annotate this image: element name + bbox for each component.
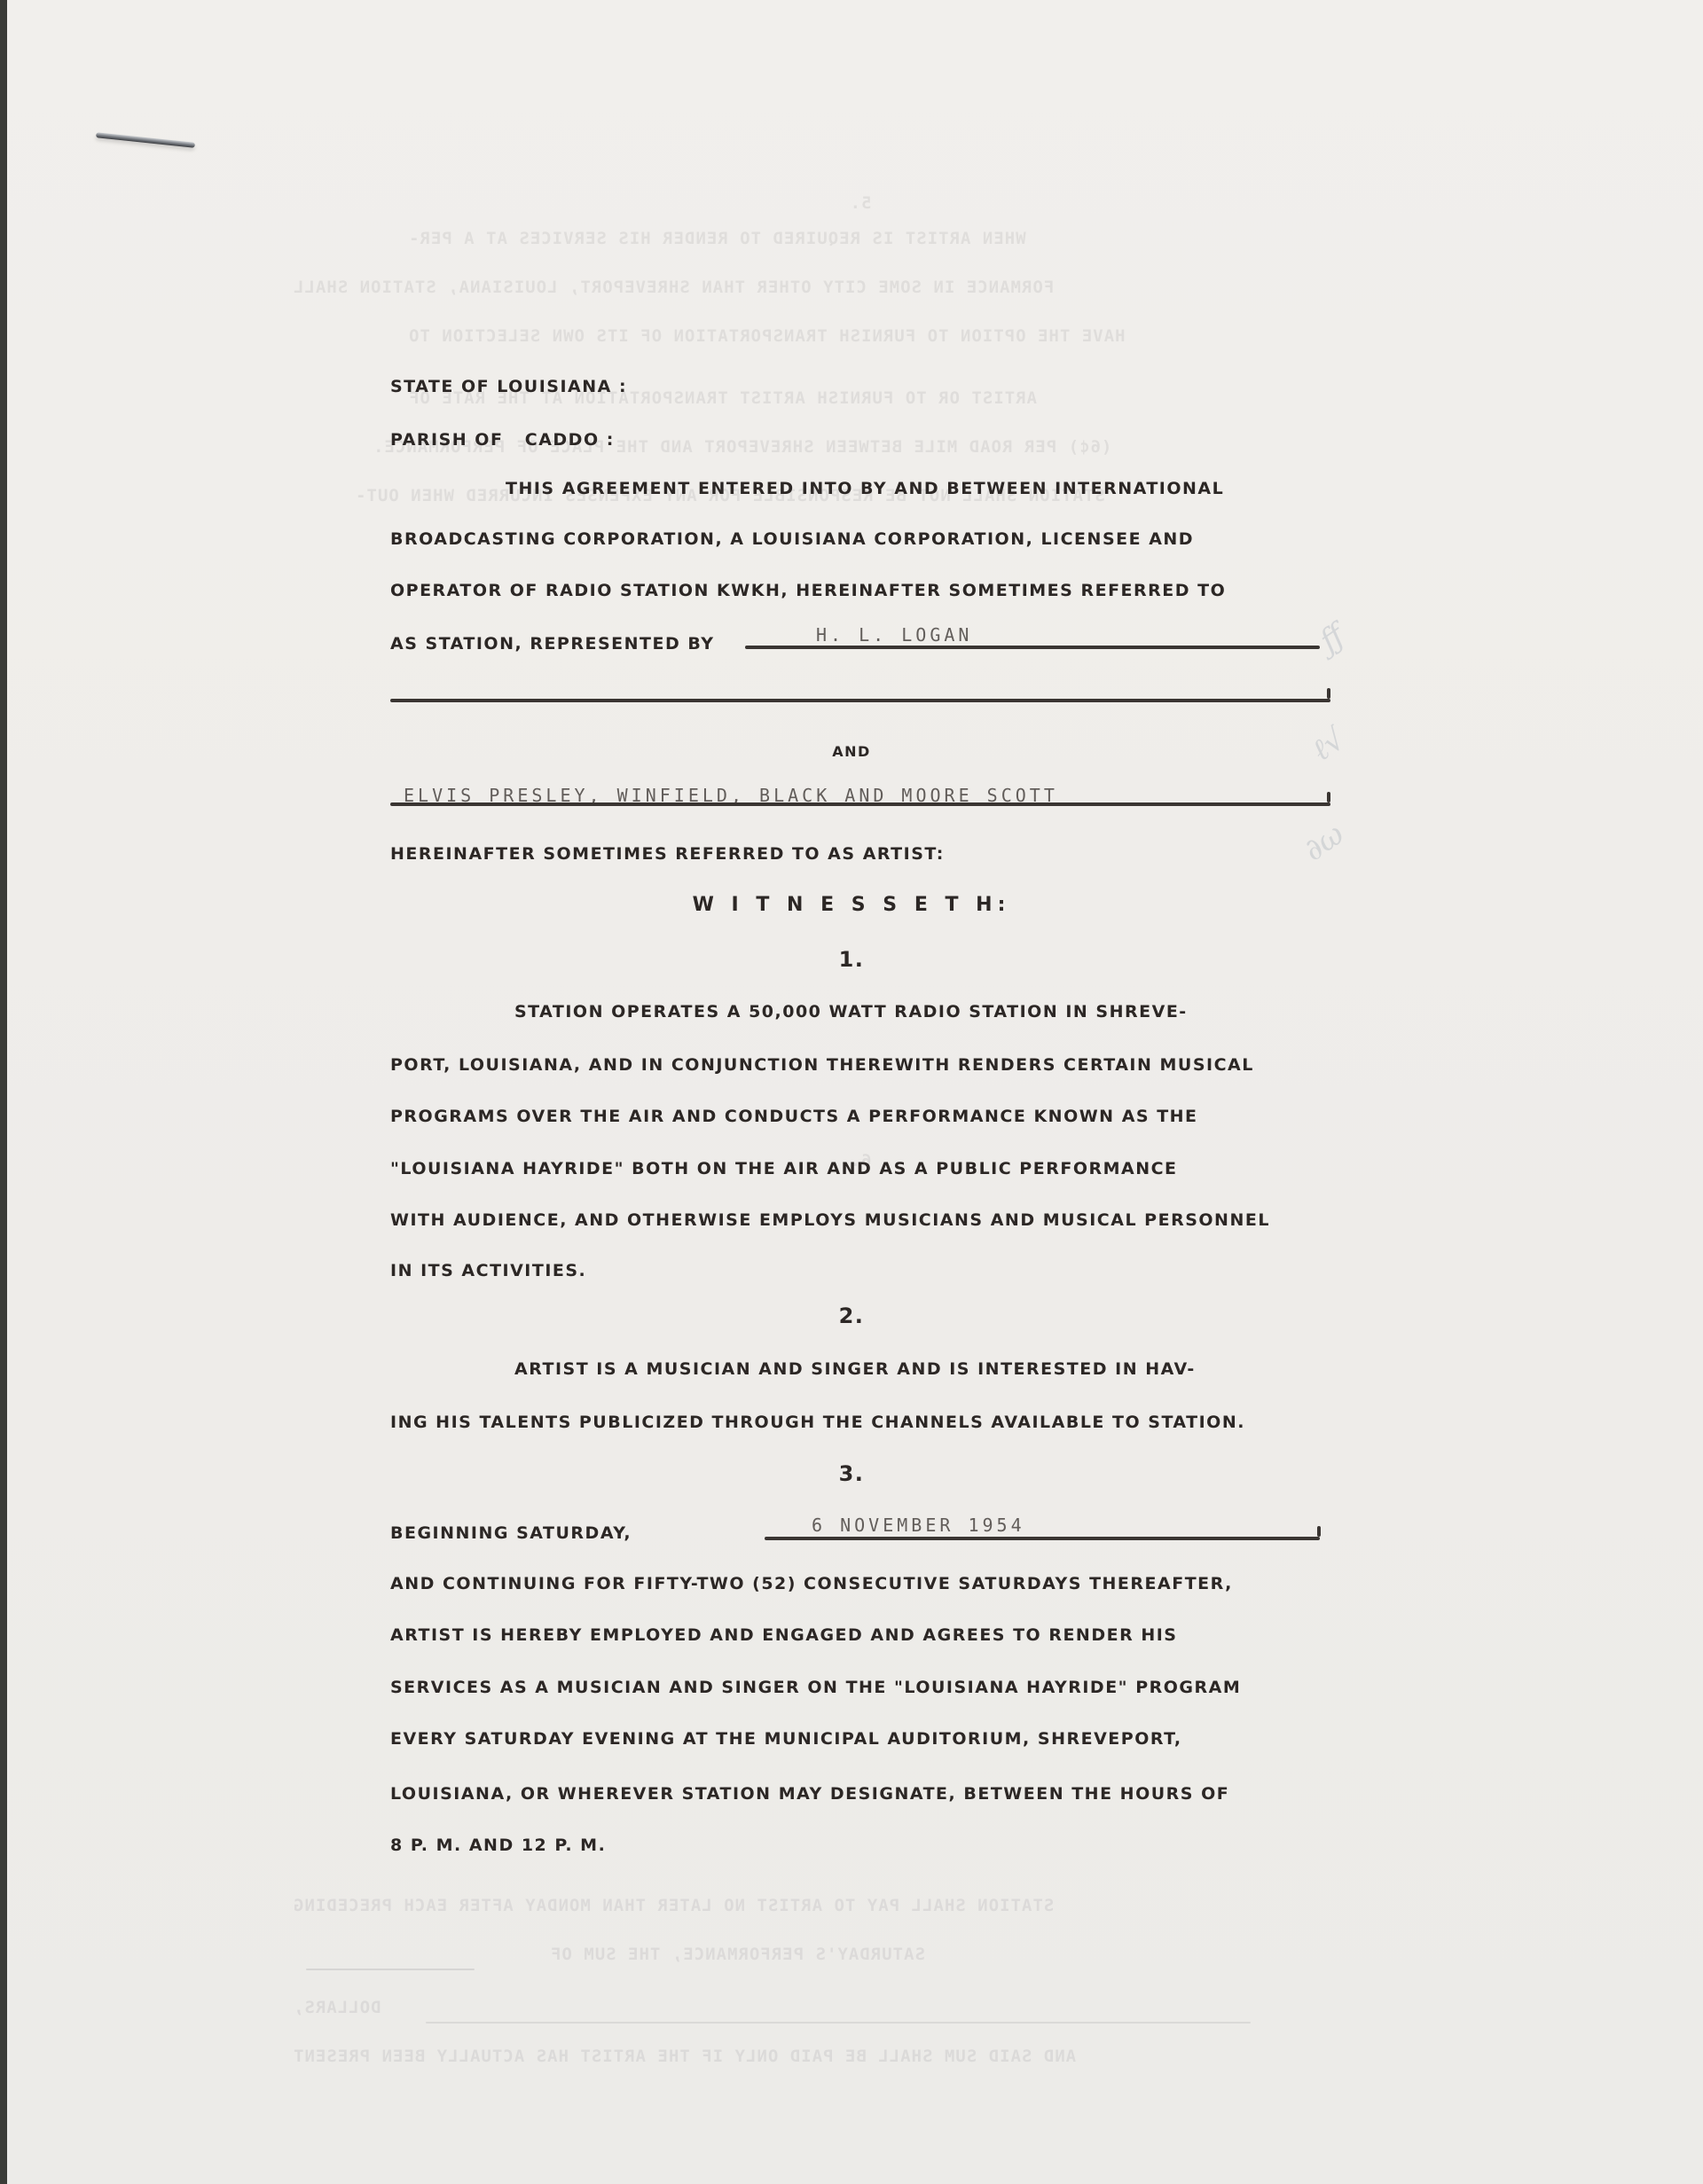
signature-rule	[390, 699, 1330, 702]
bleed-line: DOLLARS,	[293, 1991, 381, 2024]
bleed-line: SATURDAY'S PERFORMANCE, THE SUM OF	[550, 1937, 925, 1971]
bleed-line: HAVE THE OPTION TO FURNISH TRANSPORTATIO…	[408, 319, 1126, 353]
section-2-line: ARTIST IS A MUSICIAN AND SINGER AND IS I…	[514, 1359, 1196, 1379]
scan-edge	[0, 0, 7, 2184]
preamble-line: OPERATOR OF RADIO STATION KWKH, HEREINAF…	[390, 581, 1226, 600]
beginning-saturday-label: BEGINNING SATURDAY,	[390, 1523, 632, 1543]
start-date-value: 6 NOVEMBER 1954	[812, 1515, 1025, 1536]
section-1-line: PORT, LOUISIANA, AND IN CONJUNCTION THER…	[390, 1055, 1254, 1075]
represented-by-value: H. L. LOGAN	[816, 624, 972, 646]
preamble-line: BROADCASTING CORPORATION, A LOUISIANA CO…	[390, 529, 1194, 549]
section-1-line: WITH AUDIENCE, AND OTHERWISE EMPLOYS MUS…	[390, 1210, 1270, 1230]
section-1-line: IN ITS ACTIVITIES.	[390, 1261, 586, 1280]
section-number: 3.	[0, 1461, 1703, 1486]
bleed-line: AND SAID SUM SHALL BE PAID ONLY IF THE A…	[293, 2039, 1076, 2073]
section-3-line: AND CONTINUING FOR FIFTY-TWO (52) CONSEC…	[390, 1574, 1233, 1593]
preamble-line: THIS AGREEMENT ENTERED INTO BY AND BETWE…	[506, 479, 1224, 498]
pencil-mark: ƒƒ	[1314, 618, 1352, 660]
bleed-line: FORMANCE IN SOME CITY OTHER THAN SHREVEP…	[293, 270, 1054, 304]
section-3-line: ARTIST IS HEREBY EMPLOYED AND ENGAGED AN…	[390, 1625, 1177, 1645]
section-1-line: STATION OPERATES A 50,000 WATT RADIO STA…	[514, 1002, 1188, 1022]
section-3-line: SERVICES AS A MUSICIAN AND SINGER ON THE…	[390, 1678, 1241, 1697]
signature-rule	[745, 646, 1320, 649]
section-3-line: LOUISIANA, OR WHEREVER STATION MAY DESIG…	[390, 1784, 1229, 1804]
represented-by-label: AS STATION, REPRESENTED BY	[390, 634, 715, 654]
section-2-line: ING HIS TALENTS PUBLICIZED THROUGH THE C…	[390, 1413, 1245, 1432]
bleed-rule	[426, 2022, 1251, 2024]
artist-rule	[390, 802, 1330, 806]
bleed-line: WHEN ARTIST IS REQUIRED TO RENDER HIS SE…	[408, 222, 1026, 255]
staple	[96, 132, 195, 148]
date-rule	[765, 1537, 1320, 1540]
parish-line: PARISH OF CADDO :	[390, 430, 615, 450]
and-label: AND	[0, 743, 1703, 760]
pencil-mark: ∂ω	[1298, 817, 1351, 869]
comma-mark	[1327, 688, 1330, 699]
bleed-line: STATION SHALL PAY TO ARTIST NO LATER THA…	[293, 1889, 1054, 1922]
bleed-page-number: 5.	[426, 186, 1295, 220]
section-3-line: EVERY SATURDAY EVENING AT THE MUNICIPAL …	[390, 1729, 1182, 1749]
section-number: 1.	[0, 947, 1703, 972]
section-1-line: "LOUISIANA HAYRIDE" BOTH ON THE AIR AND …	[390, 1159, 1178, 1178]
document-page: 5. WHEN ARTIST IS REQUIRED TO RENDER HIS…	[0, 0, 1703, 2184]
witnesseth-heading: W I T N E S S E T H:	[0, 894, 1703, 916]
bleed-rule	[306, 1969, 475, 1970]
section-1-line: PROGRAMS OVER THE AIR AND CONDUCTS A PER…	[390, 1107, 1198, 1126]
comma-mark	[1317, 1526, 1321, 1537]
state-line: STATE OF LOUISIANA :	[390, 377, 627, 396]
artist-definition-line: HEREINAFTER SOMETIMES REFERRED TO AS ART…	[390, 844, 945, 864]
comma-mark	[1327, 792, 1330, 802]
section-3-line: 8 P. M. AND 12 P. M.	[390, 1836, 606, 1855]
section-number: 2.	[0, 1303, 1703, 1328]
